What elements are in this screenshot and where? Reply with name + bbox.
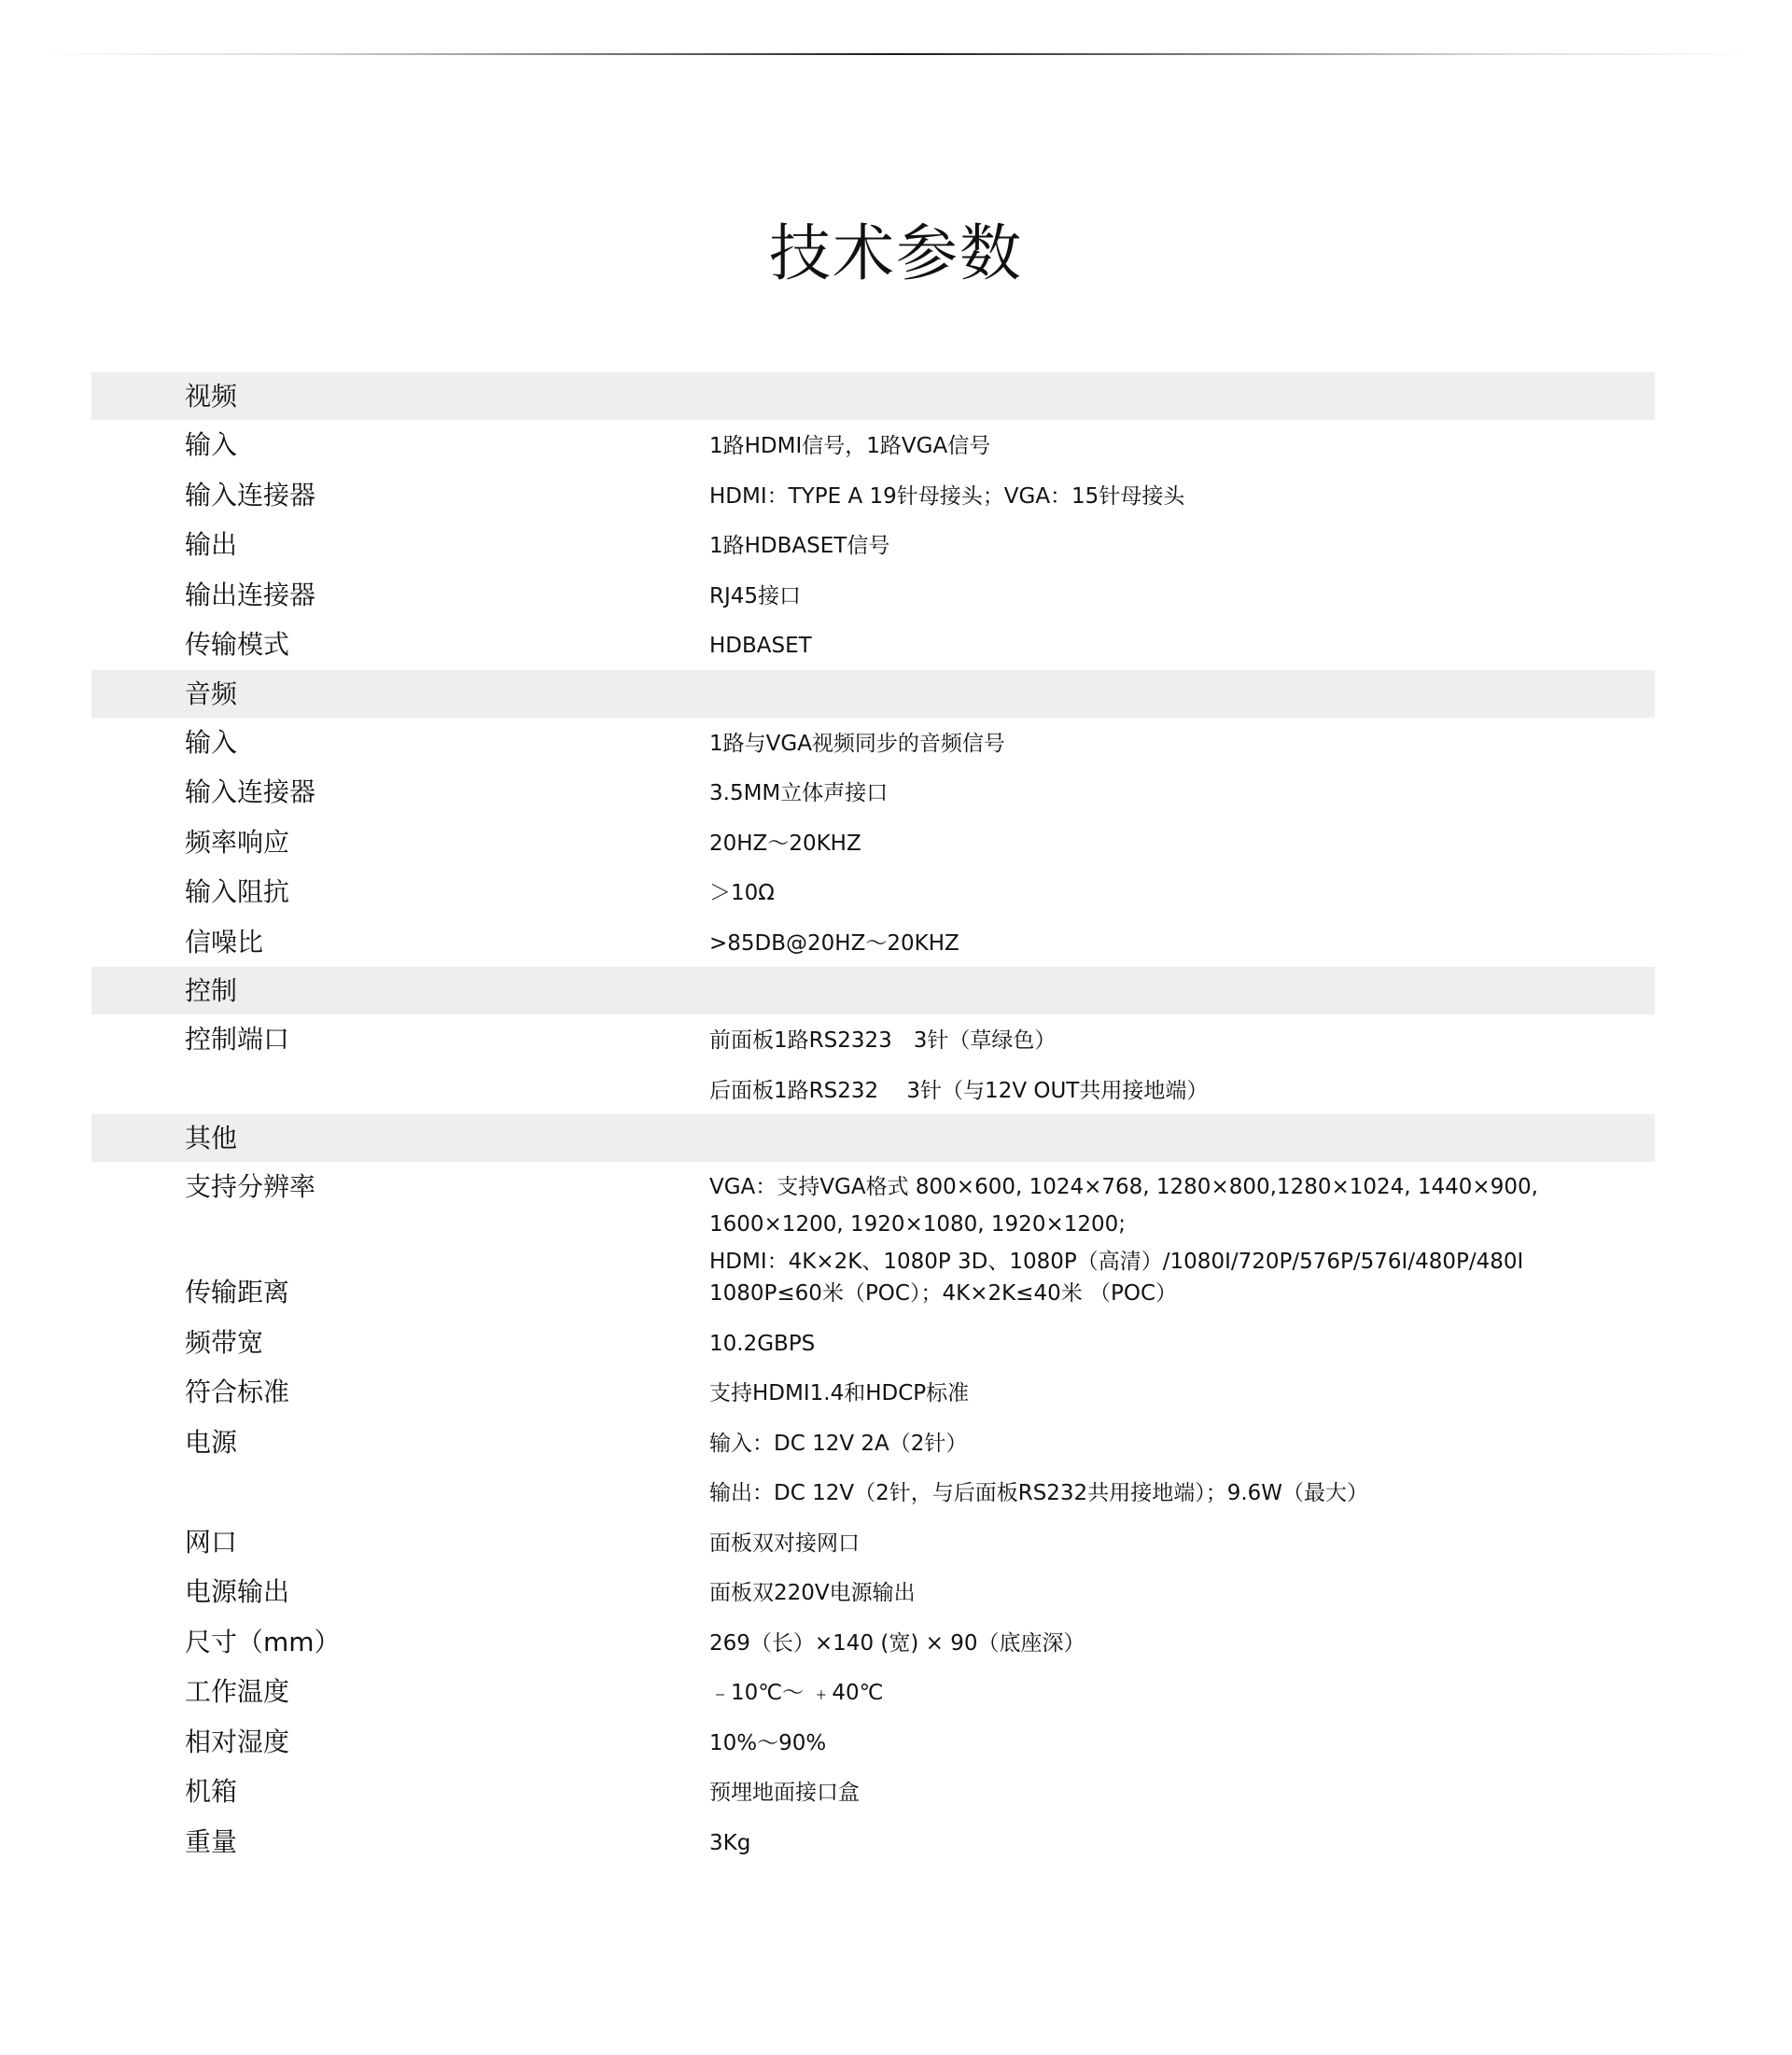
table-row: 尺寸（mm）269（长）×140 (宽) × 90（底座深） — [91, 1617, 1655, 1668]
table-row: 频率响应20HZ～20KHZ — [91, 818, 1655, 868]
row-label: 支持分辨率 — [185, 1162, 315, 1212]
section-header-control: 控制 — [91, 967, 1655, 1014]
row-label: 传输模式 — [185, 620, 289, 670]
spec-table: 视频 输入1路HDMI信号，1路VGA信号 输入连接器HDMI：TYPE A 1… — [91, 372, 1655, 1866]
row-value: 10.2GBPS — [709, 1320, 815, 1370]
row-label: 符合标准 — [185, 1367, 289, 1418]
row-label: 输出 — [185, 520, 237, 570]
row-label: 控制端口 — [185, 1014, 289, 1065]
table-row: 输出1路HDBASET信号 — [91, 520, 1655, 570]
table-row: 输入1路与VGA视频同步的音频信号 — [91, 718, 1655, 768]
row-value: >85DB@20HZ～20KHZ — [709, 919, 959, 970]
table-row: 电源输出面板双220V电源输出 — [91, 1567, 1655, 1617]
table-row: 相对湿度10%～90% — [91, 1717, 1655, 1768]
section-title: 控制 — [185, 967, 237, 1014]
value-line: VGA：支持VGA格式 800×600, 1024×768, 1280×800,… — [709, 1168, 1538, 1206]
row-value: 20HZ～20KHZ — [709, 819, 861, 870]
row-label: 频带宽 — [185, 1318, 263, 1368]
table-row: 重量3Kg — [91, 1817, 1655, 1867]
row-value: 1路HDMI信号，1路VGA信号 — [709, 422, 990, 472]
row-label: 尺寸（mm） — [185, 1617, 341, 1668]
row-value: 预埋地面接口盒 — [709, 1768, 860, 1819]
table-row-resolution: 支持分辨率 VGA：支持VGA格式 800×600, 1024×768, 128… — [91, 1162, 1655, 1267]
section-title: 音频 — [185, 670, 237, 718]
row-value: 1路HDBASET信号 — [709, 522, 889, 572]
row-label: 输入阻抗 — [185, 867, 289, 917]
row-value: 269（长）×140 (宽) × 90（底座深） — [709, 1619, 1085, 1670]
table-row: 电源输入：DC 12V 2A（2针） — [91, 1418, 1655, 1468]
row-value: 面板双220V电源输出 — [709, 1569, 916, 1619]
row-value: 前面板1路RS2323 3针（草绿色） — [709, 1016, 1056, 1067]
row-value: HDMI：TYPE A 19针母接头；VGA：15针母接头 — [709, 472, 1184, 523]
value-line: 1600×1200, 1920×1080, 1920×1200; — [709, 1206, 1538, 1243]
table-row: 机箱预埋地面接口盒 — [91, 1767, 1655, 1817]
table-row: 输出：DC 12V（2针，与后面板RS232共用接地端）；9.6W（最大） — [91, 1467, 1655, 1517]
section-title: 视频 — [185, 372, 237, 420]
row-label: 输出连接器 — [185, 570, 315, 621]
top-divider — [37, 53, 1755, 55]
row-label: 输入连接器 — [185, 767, 315, 818]
row-label: 网口 — [185, 1517, 237, 1568]
table-row: 符合标准支持HDMI1.4和HDCP标准 — [91, 1367, 1655, 1418]
table-row: 输入连接器3.5MM立体声接口 — [91, 767, 1655, 818]
row-label: 频率响应 — [185, 818, 289, 868]
row-value: HDBASET — [709, 622, 812, 672]
section-header-other: 其他 — [91, 1114, 1655, 1162]
row-label: 输入 — [185, 420, 237, 470]
row-value: ＞10Ω — [709, 869, 775, 919]
row-value: 1080P≤60米（POC）；4K×2K≤40米 （POC） — [709, 1269, 1177, 1320]
row-value: ﹣10℃～ ﹢40℃ — [709, 1669, 884, 1719]
page-title: 技术参数 — [0, 217, 1792, 291]
row-value: RJ45接口 — [709, 572, 801, 622]
row-label: 输入连接器 — [185, 470, 315, 521]
table-row: 后面板1路RS232 3针（与12V OUT共用接地端） — [91, 1065, 1655, 1115]
row-value: 输出：DC 12V（2针，与后面板RS232共用接地端）；9.6W（最大） — [709, 1469, 1368, 1519]
row-label: 工作温度 — [185, 1667, 289, 1717]
table-row: 输入1路HDMI信号，1路VGA信号 — [91, 420, 1655, 470]
row-label: 电源 — [185, 1418, 237, 1468]
row-label: 机箱 — [185, 1767, 237, 1817]
row-label: 传输距离 — [185, 1267, 289, 1318]
row-value: 输入：DC 12V 2A（2针） — [709, 1419, 967, 1470]
table-row: 信噪比>85DB@20HZ～20KHZ — [91, 917, 1655, 968]
row-label: 输入 — [185, 718, 237, 768]
table-row: 频带宽10.2GBPS — [91, 1318, 1655, 1368]
table-row: 输入连接器HDMI：TYPE A 19针母接头；VGA：15针母接头 — [91, 470, 1655, 521]
row-label: 电源输出 — [185, 1567, 289, 1617]
row-value: 10%～90% — [709, 1719, 826, 1769]
row-value: 面板双对接网口 — [709, 1519, 860, 1570]
table-row: 工作温度﹣10℃～ ﹢40℃ — [91, 1667, 1655, 1717]
section-title: 其他 — [185, 1114, 237, 1162]
section-header-audio: 音频 — [91, 670, 1655, 718]
row-value: 3Kg — [709, 1819, 750, 1869]
row-value: 1路与VGA视频同步的音频信号 — [709, 720, 1005, 770]
row-label: 重量 — [185, 1817, 237, 1867]
row-value: 支持HDMI1.4和HDCP标准 — [709, 1369, 969, 1419]
table-row: 输入阻抗＞10Ω — [91, 867, 1655, 917]
table-row: 传输模式HDBASET — [91, 620, 1655, 670]
row-value-multiline: VGA：支持VGA格式 800×600, 1024×768, 1280×800,… — [709, 1168, 1538, 1280]
table-row: 输出连接器RJ45接口 — [91, 570, 1655, 621]
row-label: 相对湿度 — [185, 1717, 289, 1768]
row-value: 后面板1路RS232 3针（与12V OUT共用接地端） — [709, 1067, 1208, 1117]
section-header-video: 视频 — [91, 372, 1655, 420]
table-row: 传输距离1080P≤60米（POC）；4K×2K≤40米 （POC） — [91, 1267, 1655, 1318]
row-value: 3.5MM立体声接口 — [709, 769, 888, 819]
table-row: 控制端口前面板1路RS2323 3针（草绿色） — [91, 1014, 1655, 1065]
table-row: 网口面板双对接网口 — [91, 1517, 1655, 1568]
row-label: 信噪比 — [185, 917, 263, 968]
